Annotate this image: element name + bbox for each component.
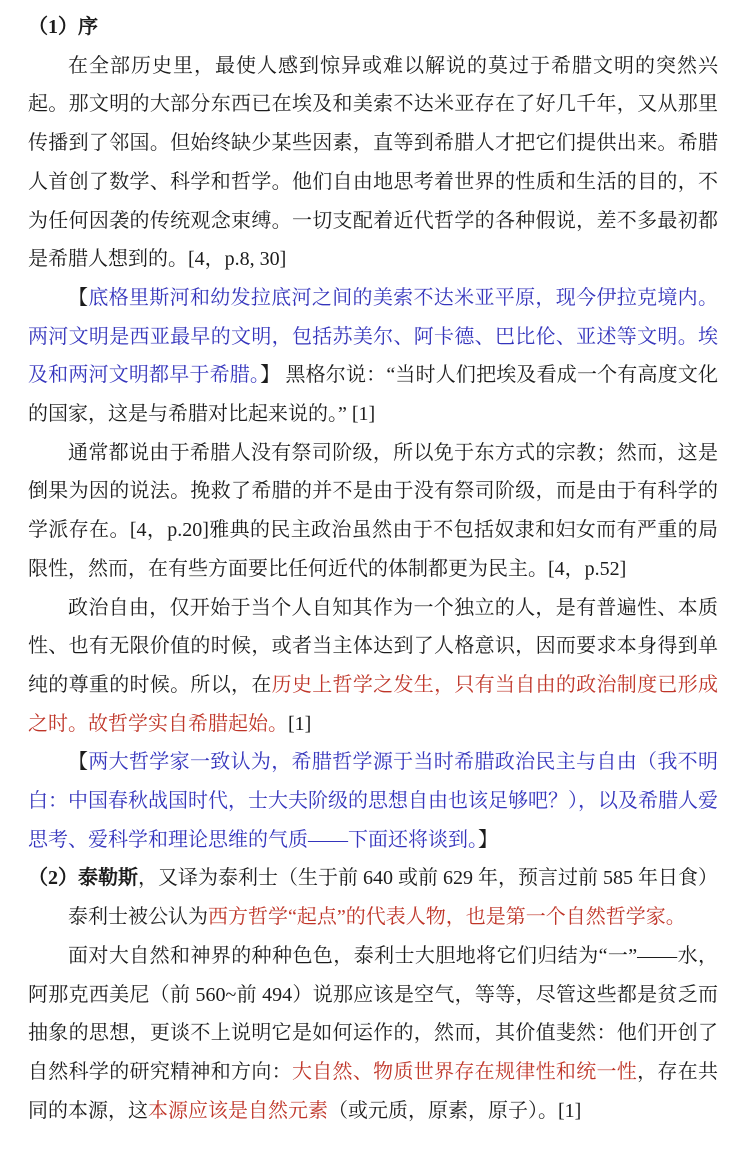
para-thales-water: 面对大自然和神界的种种色色，泰利士大胆地将它们归结为“一”——水，阿那克西美尼（… bbox=[28, 937, 718, 1131]
annotation-open-bracket: 【 bbox=[68, 751, 88, 773]
section-1-heading: （1）序 bbox=[28, 8, 718, 47]
para-annotation-mesopotamia: 【底格里斯河和幼发拉底河之间的美索不达米亚平原，现今伊拉克境内。两河文明是西亚最… bbox=[28, 279, 718, 434]
para-greek-miracle: 在全部历史里，最使人感到惊异或难以解说的莫过于希腊文明的突然兴起。那文明的大部分… bbox=[28, 47, 718, 279]
section-2-heading: （2）泰勒斯，又译为泰利士（生于前 640 或前 629 年，预言过前 585 … bbox=[28, 859, 718, 898]
emphasis-text-run: 本源应该是自然元素 bbox=[148, 1100, 328, 1122]
emphasis-text-run: 西方哲学“起点”的代表人物，也是第一个自然哲学家。 bbox=[208, 906, 686, 928]
para-priest-class: 通常都说由于希腊人没有祭司阶级，所以免于东方式的宗教；然而，这是倒果为因的说法。… bbox=[28, 434, 718, 589]
section-2-title: （2）泰勒斯 bbox=[28, 867, 138, 889]
para-political-freedom: 政治自由，仅开始于当个人自知其作为一个独立的人，是有普遍性、本质性、也有无限价值… bbox=[28, 589, 718, 744]
para-annotation-two-philosophers: 【两大哲学家一致认为，希腊哲学源于当时希腊政治民主与自由（我不明白：中国春秋战国… bbox=[28, 743, 718, 859]
annotation-text-run: 两大哲学家一致认为，希腊哲学源于当时希腊政治民主与自由（我不明白：中国春秋战国时… bbox=[28, 751, 718, 850]
emphasis-text-run: 大自然、物质世界存在规律性和统一性 bbox=[292, 1061, 637, 1083]
text-run: 通常都说由于希腊人没有祭司阶级，所以免于东方式的宗教；然而，这是倒果为因的说法。… bbox=[28, 442, 718, 580]
annotation-close-bracket: 】 bbox=[478, 829, 498, 851]
citation-run: [1] bbox=[288, 713, 311, 735]
text-run: ，又译为泰利士（生于前 640 或前 629 年，预言过前 585 年日食） bbox=[138, 867, 718, 889]
annotation-open-bracket: 【 bbox=[68, 287, 88, 309]
text-run: （或元质，原素，原子）。[1] bbox=[328, 1100, 581, 1122]
text-run: 泰利士被公认为 bbox=[68, 906, 208, 928]
text-run: 在全部历史里，最使人感到惊异或难以解说的莫过于希腊文明的突然兴起。那文明的大部分… bbox=[28, 55, 718, 271]
para-thales-position: 泰利士被公认为西方哲学“起点”的代表人物，也是第一个自然哲学家。 bbox=[28, 898, 718, 937]
section-1-title: （1）序 bbox=[28, 16, 98, 38]
document-page: （1）序 在全部历史里，最使人感到惊异或难以解说的莫过于希腊文明的突然兴起。那文… bbox=[0, 0, 745, 1168]
